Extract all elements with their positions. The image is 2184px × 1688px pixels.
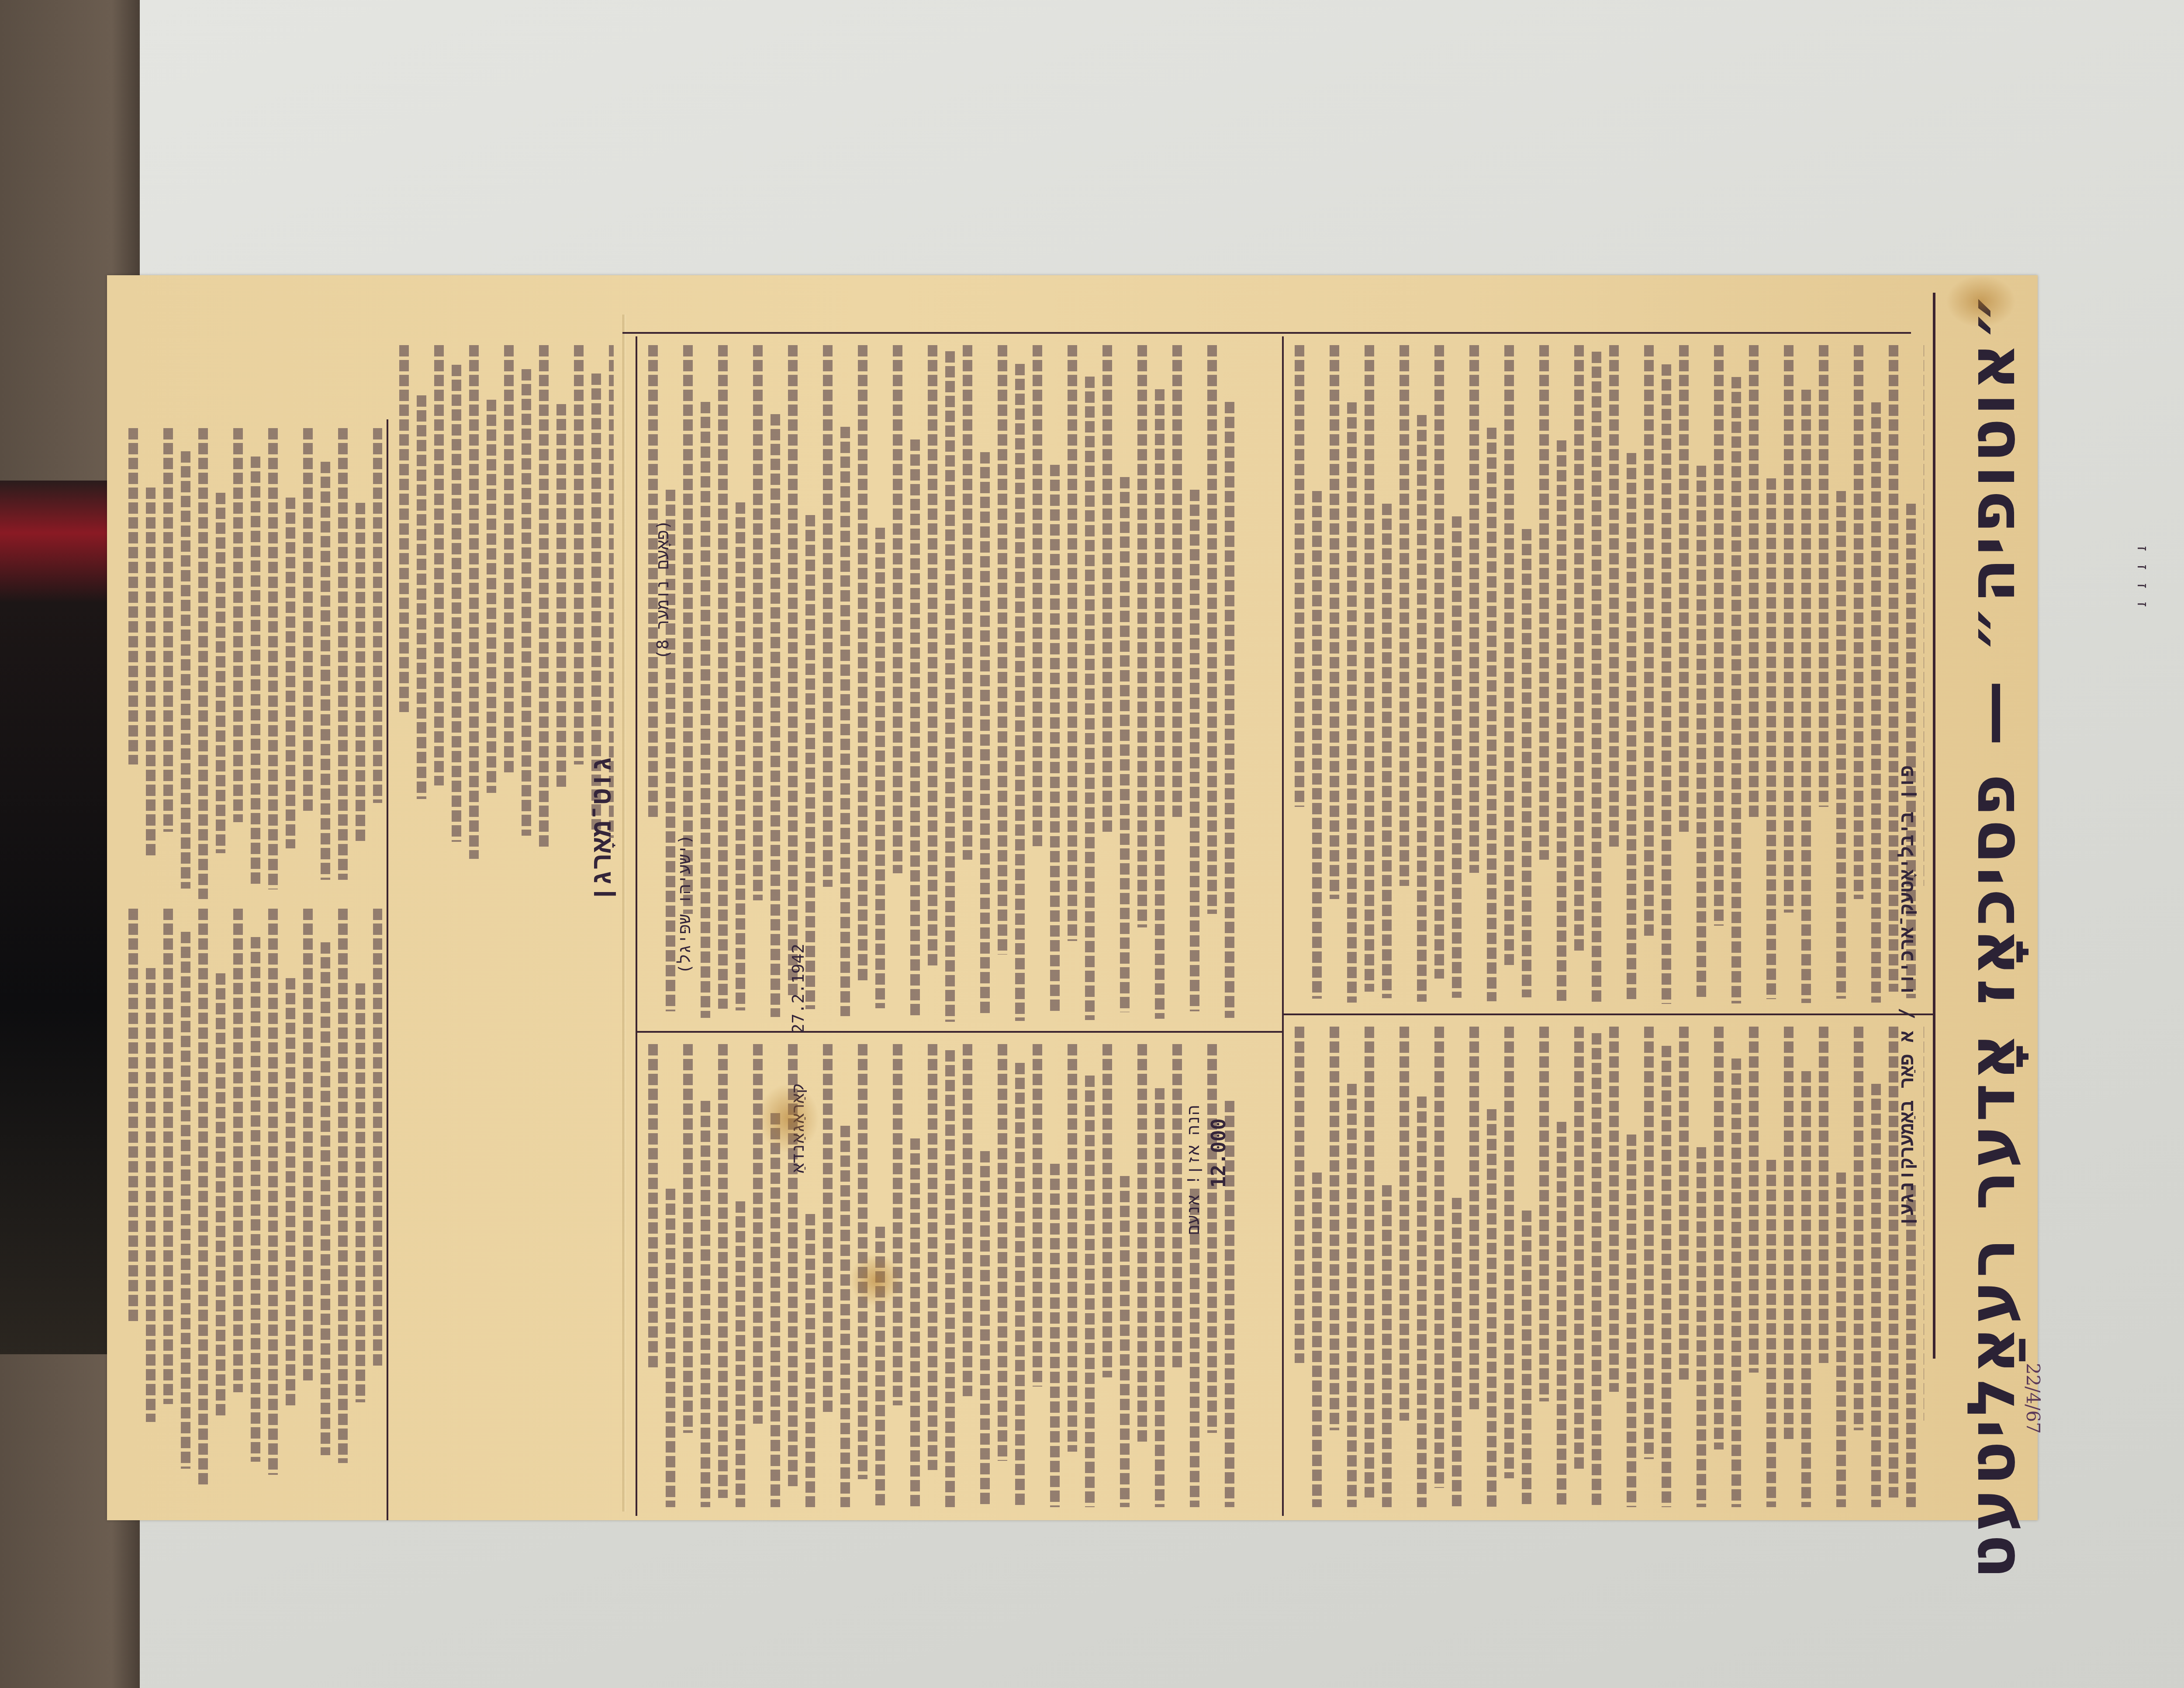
fold-crease	[622, 315, 626, 1512]
text-line	[356, 983, 365, 1402]
text-line	[1330, 345, 1339, 899]
text-line	[1312, 491, 1322, 999]
left-article-column-1	[124, 428, 382, 909]
text-line	[163, 428, 173, 832]
text-line	[303, 428, 313, 813]
text-line	[1924, 345, 1924, 886]
text-line	[434, 345, 444, 785]
text-line	[321, 462, 330, 880]
text-line	[1172, 1044, 1182, 1368]
text-line	[1871, 1084, 1881, 1508]
text-line	[417, 395, 426, 799]
text-line	[1714, 345, 1724, 926]
text-line	[945, 351, 955, 1022]
poem-author: (ישעיהו שפּיגל)	[675, 834, 694, 976]
text-line	[683, 1044, 693, 1433]
text-line	[1662, 1046, 1671, 1508]
text-line	[1557, 1122, 1566, 1508]
text-line	[1574, 345, 1584, 952]
text-line	[1382, 504, 1392, 999]
text-line	[321, 942, 330, 1456]
text-line	[268, 909, 278, 1475]
poem-date: 27.2.1942	[788, 944, 808, 1035]
poem-author-text: (ישעיהו שפּיגל)	[675, 834, 694, 974]
text-line	[373, 428, 382, 803]
text-line	[1400, 1027, 1409, 1421]
poem-date-text: 27.2.1942	[788, 944, 808, 1034]
text-line	[928, 1044, 937, 1470]
text-line	[1050, 465, 1060, 1013]
text-line	[1854, 1027, 1863, 1430]
text-line	[1522, 1211, 1531, 1508]
text-line	[1330, 1027, 1339, 1430]
handwritten-note-text: 22/4/67	[2022, 1363, 2044, 1434]
text-line	[1749, 1027, 1759, 1373]
text-line	[893, 345, 902, 873]
text-line	[1207, 1044, 1217, 1433]
text-line	[805, 515, 815, 1010]
text-line	[1120, 1176, 1130, 1507]
right-column-upper	[1291, 345, 1924, 1005]
handwritten-note: 22/4/67	[2022, 1363, 2049, 1433]
text-line	[216, 973, 225, 1416]
text-line	[648, 1044, 658, 1368]
text-line	[181, 932, 190, 1469]
text-line	[1033, 1044, 1042, 1387]
text-line	[1347, 1084, 1357, 1508]
middle-column-upper	[644, 345, 1273, 1022]
text-line	[198, 428, 208, 899]
text-line	[574, 345, 584, 764]
column-rule-3	[1282, 336, 1284, 1516]
stain	[758, 1083, 819, 1153]
poem-title-text: גוט־מאָרגן	[585, 756, 617, 902]
text-line	[539, 345, 549, 848]
text-line	[1400, 345, 1409, 886]
text-line	[251, 937, 260, 1462]
text-line	[1679, 1027, 1689, 1382]
text-line	[1592, 352, 1601, 1005]
clipping-paper: גוט־מאָרגן (ישעיהו שפּיגל) 27.2.1942 קאַ…	[107, 275, 2038, 1520]
text-line	[1801, 390, 1811, 1003]
text-line	[980, 452, 990, 1014]
text-line	[998, 345, 1007, 955]
text-line	[163, 909, 173, 1404]
text-line	[1225, 402, 1234, 1018]
text-line	[128, 428, 138, 764]
text-line	[683, 345, 693, 914]
text-line	[556, 404, 566, 787]
text-line	[1731, 377, 1741, 1004]
text-line	[980, 1151, 990, 1507]
subheadline: פון ביבליאָטעק־ארכיוו / א פאַר באַמערקונ…	[1891, 581, 1922, 1411]
text-line	[1504, 1027, 1514, 1478]
text-line	[233, 909, 243, 1392]
left-article-column-2	[124, 909, 382, 1498]
figure-label: 12.000	[1208, 1118, 1230, 1190]
text-line	[1434, 1027, 1444, 1488]
text-line	[1085, 377, 1095, 1020]
text-line	[701, 1101, 710, 1507]
text-line	[1819, 1027, 1828, 1363]
poem-column	[395, 345, 614, 869]
text-line	[1539, 1027, 1549, 1401]
text-line	[963, 345, 972, 860]
text-line	[146, 968, 156, 1422]
text-line	[736, 502, 745, 1010]
text-line	[452, 365, 461, 842]
newspaper-clipping: גוט־מאָרגן (ישעיהו שפּיגל) 27.2.1942 קאַ…	[107, 275, 2038, 1520]
text-line	[1085, 1076, 1095, 1507]
text-line	[303, 909, 313, 1380]
text-line	[286, 498, 295, 848]
text-line	[1784, 1027, 1794, 1440]
text-line	[1801, 1071, 1811, 1508]
text-line	[718, 345, 728, 1009]
text-line	[1102, 345, 1112, 833]
text-line	[771, 1113, 780, 1507]
text-line	[1644, 1027, 1654, 1459]
text-line	[356, 503, 365, 844]
text-line	[198, 909, 208, 1487]
text-line	[1382, 1185, 1392, 1508]
text-line	[1487, 428, 1496, 1002]
text-line	[1522, 529, 1531, 997]
subheading-text: הנה אזן! אנעם	[1184, 1105, 1203, 1235]
row-rule-middle	[636, 1031, 1282, 1033]
text-line	[1924, 1027, 1924, 1421]
text-line	[788, 345, 798, 995]
text-line	[1697, 466, 1706, 1000]
text-line	[1469, 345, 1479, 873]
text-line	[945, 1050, 955, 1507]
middle-column-lower	[644, 1044, 1273, 1507]
text-line	[1434, 345, 1444, 979]
text-line	[910, 439, 920, 1015]
text-line	[666, 1189, 675, 1507]
text-line	[823, 1044, 833, 1415]
text-line	[1697, 1147, 1706, 1508]
text-line	[268, 428, 278, 889]
text-line	[1365, 1027, 1374, 1498]
text-line	[1662, 364, 1671, 1004]
right-column-lower	[1291, 1027, 1924, 1507]
text-line	[1015, 1063, 1025, 1507]
text-line	[1469, 1027, 1479, 1411]
text-line	[286, 978, 295, 1409]
text-line	[1417, 415, 1427, 1002]
text-line	[963, 1044, 972, 1396]
text-line	[1609, 1027, 1619, 1392]
text-line	[1155, 1088, 1165, 1507]
text-line	[1627, 453, 1636, 1000]
text-line	[1871, 402, 1881, 1003]
text-line	[1574, 1027, 1584, 1469]
text-line	[1137, 1044, 1147, 1442]
text-line	[771, 414, 780, 1017]
row-rule-right	[1282, 1013, 1933, 1015]
poem-section-label: (פאָעם נומער 8)	[653, 520, 672, 661]
text-line	[1295, 1027, 1304, 1363]
stain	[850, 1254, 902, 1306]
text-line	[1347, 402, 1357, 1003]
text-line	[1854, 345, 1863, 899]
text-line	[805, 1214, 815, 1507]
poem-section-text: (פאָעם נומער 8)	[653, 520, 672, 660]
text-line	[1015, 364, 1025, 1021]
text-line	[858, 345, 867, 982]
text-line	[928, 345, 937, 968]
text-line	[840, 1126, 850, 1507]
text-line	[1068, 1044, 1077, 1452]
text-line	[1155, 389, 1165, 1019]
text-line	[504, 345, 514, 775]
text-line	[1487, 1109, 1496, 1508]
text-line	[128, 909, 138, 1321]
text-line	[875, 528, 885, 1009]
text-line	[338, 428, 348, 880]
text-line	[373, 909, 382, 1369]
text-line	[840, 427, 850, 1016]
text-line	[1365, 345, 1374, 992]
column-rule-1	[387, 419, 388, 1520]
column-rule-2	[636, 336, 637, 1516]
text-line	[1172, 345, 1182, 819]
text-line	[1120, 477, 1130, 1012]
top-rule	[622, 332, 1911, 334]
subheading-label: הנה אזן! אנעם	[1184, 1105, 1203, 1237]
text-line	[1819, 345, 1828, 807]
text-line	[487, 400, 496, 793]
text-line	[701, 402, 710, 1018]
stain	[1946, 275, 2016, 328]
headline-rule	[1933, 293, 1935, 1359]
text-line	[251, 457, 260, 884]
text-line	[1102, 1044, 1112, 1377]
text-line	[1644, 345, 1654, 939]
text-line	[1714, 1027, 1724, 1449]
poem-title: גוט־מאָרגן	[585, 756, 617, 904]
text-line	[1190, 490, 1199, 1011]
text-line	[399, 345, 409, 712]
text-line	[1207, 345, 1217, 914]
text-line	[522, 369, 531, 836]
figure-value: 12.000	[1208, 1118, 1230, 1188]
text-line	[216, 493, 225, 853]
text-line	[1731, 1058, 1741, 1508]
text-line	[893, 1044, 902, 1405]
text-line	[1452, 1198, 1462, 1508]
text-line	[1679, 345, 1689, 833]
text-line	[338, 909, 348, 1463]
text-line	[1592, 1033, 1601, 1508]
text-line	[1539, 345, 1549, 860]
text-line	[1033, 345, 1042, 846]
text-line	[181, 451, 190, 889]
text-line	[1557, 440, 1566, 1001]
text-line	[1784, 345, 1794, 913]
text-line	[146, 488, 156, 858]
text-line	[1504, 345, 1514, 965]
text-line	[1068, 345, 1077, 941]
text-line	[1749, 345, 1759, 820]
text-line	[469, 345, 479, 859]
text-line	[233, 428, 243, 822]
text-line	[718, 1044, 728, 1498]
text-line	[1836, 1173, 1846, 1508]
text-line	[1452, 516, 1462, 998]
text-line	[1609, 345, 1619, 847]
text-line	[1137, 345, 1147, 927]
text-line	[1836, 491, 1846, 999]
text-line	[736, 1201, 745, 1507]
text-line	[1312, 1173, 1322, 1508]
text-line	[1295, 345, 1304, 807]
text-line	[1417, 1097, 1427, 1508]
text-line	[1766, 478, 1776, 1000]
text-line	[1050, 1164, 1060, 1507]
text-line	[1766, 1160, 1776, 1508]
text-line	[753, 1044, 763, 1424]
text-line	[998, 1044, 1007, 1461]
text-line	[1627, 1135, 1636, 1508]
text-line	[910, 1138, 920, 1507]
text-line	[753, 345, 763, 900]
text-line	[823, 345, 833, 887]
subheadline-text: פון ביבליאָטעק־ארכיוו / א פאַר באַמערקונ…	[1896, 765, 1918, 1227]
